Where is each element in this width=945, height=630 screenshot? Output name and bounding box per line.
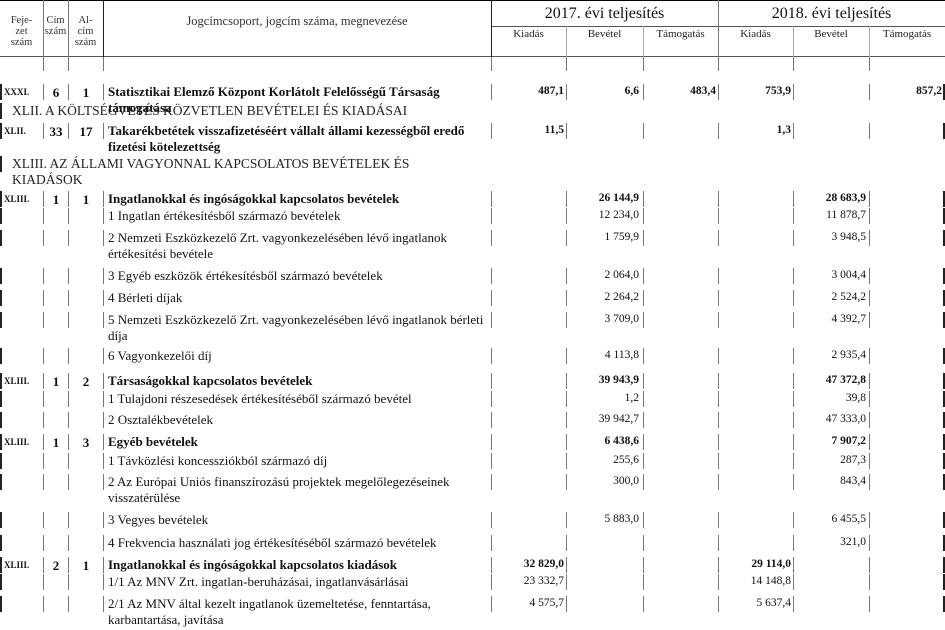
table-header: Feje- zet szám Cím szám Al- cím szám Jog… [0, 0, 945, 57]
cell-border [869, 268, 870, 284]
cell-border [869, 57, 870, 71]
cell-border [43, 208, 44, 224]
item-name: 2/1 Az MNV által kezelt ingatlanok üzeme… [108, 596, 488, 628]
cim-number: 33 [44, 124, 68, 140]
column-divider [43, 0, 44, 57]
cell-border [718, 191, 719, 207]
cell-border [566, 535, 567, 551]
bevetel-2018-value: 39,8 [794, 392, 866, 404]
cell-border [43, 391, 44, 407]
cell-border [68, 230, 69, 246]
cell-border [869, 348, 870, 364]
cell-border [643, 373, 644, 389]
bevetel-2018-value: 6 455,5 [794, 513, 866, 525]
bevetel-2018-value: 28 683,9 [794, 192, 866, 204]
cell-border [68, 512, 69, 528]
bevetel-2017-value: 12 234,0 [567, 209, 639, 221]
cell-border [43, 268, 44, 284]
cell-border [0, 535, 2, 551]
bevetel-2018-value: 11 878,7 [794, 209, 866, 221]
cell-border [103, 191, 104, 207]
bevetel-2018-value: 2 935,4 [794, 349, 866, 361]
header-bevetel-2017: Bevétel [566, 28, 643, 42]
cell-border [68, 535, 69, 551]
cell-border [491, 348, 492, 364]
header-kiadas-2017: Kiadás [491, 28, 566, 42]
cell-border [43, 474, 44, 490]
cell-border [43, 512, 44, 528]
cell-border [718, 512, 719, 528]
section-title: XLIII. AZ ÁLLAMI VAGYONNAL KAPCSOLATOS B… [12, 156, 482, 188]
bevetel-2017-value: 300,0 [567, 475, 639, 487]
bevetel-2018-value: 3 948,5 [794, 231, 866, 243]
item-name: 4 Bérleti díjak [108, 290, 488, 306]
cell-border [643, 512, 644, 528]
table-row: 1 Ingatlan értékesítésből származó bevét… [0, 208, 945, 227]
cell-border [103, 123, 104, 139]
cell-border [718, 434, 719, 450]
item-name: Takarékbetétek visszafizetéséért vállalt… [108, 123, 488, 155]
cell-border [491, 230, 492, 246]
item-name: 2 Az Európai Uniós finanszírozású projek… [108, 474, 488, 506]
item-name: Ingatlanokkal és ingóságokkal kapcsolato… [108, 557, 488, 573]
cell-border [103, 535, 104, 551]
cell-border [869, 474, 870, 490]
cell-border [103, 57, 104, 71]
item-name: 5 Nemzeti Eszközkezelő Zrt. vagyonkezelé… [108, 312, 488, 344]
cell-border [643, 312, 644, 328]
table-row: 2 Az Európai Uniós finanszírozású projek… [0, 474, 945, 508]
alcim-number: 17 [69, 124, 103, 140]
cell-border [718, 391, 719, 407]
bevetel-2018-value: 4 392,7 [794, 313, 866, 325]
cell-border [718, 290, 719, 306]
cell-border [68, 348, 69, 364]
cell-border [491, 453, 492, 469]
cell-border [43, 412, 44, 428]
cell-border [643, 453, 644, 469]
kiadas-2017-value: 23 332,7 [492, 575, 564, 587]
cell-border [793, 123, 794, 139]
item-name: 6 Vagyonkezelői díj [108, 348, 488, 364]
item-name: 2 Nemzeti Eszközkezelő Zrt. vagyonkezelé… [108, 230, 488, 262]
cell-border [103, 84, 104, 100]
cell-border [869, 312, 870, 328]
bevetel-2017-value: 39 942,7 [567, 413, 639, 425]
cell-border [869, 512, 870, 528]
cell-border [0, 191, 2, 207]
item-name: 1 Távközlési koncessziókból származó díj [108, 453, 488, 469]
section-heading-row: XLIII. AZ ÁLLAMI VAGYONNAL KAPCSOLATOS B… [0, 156, 945, 188]
cell-border [643, 412, 644, 428]
item-name: Ingatlanokkal és ingóságokkal kapcsolato… [108, 191, 488, 207]
bevetel-2018-value: 287,3 [794, 454, 866, 466]
cell-border [43, 453, 44, 469]
column-divider [103, 0, 104, 57]
cell-border [43, 57, 44, 71]
header-alcim: Al- cím szám [68, 1, 103, 57]
table-row: XLIII.13Egyéb bevételek6 438,67 907,2 [0, 434, 945, 449]
cell-border [0, 557, 2, 573]
cell-border [869, 123, 870, 139]
cell-border [643, 348, 644, 364]
item-name: 2 Osztalékbevételek [108, 412, 488, 428]
column-divider [643, 26, 644, 57]
cell-border [103, 596, 104, 612]
cell-border [869, 191, 870, 207]
cim-number: 1 [44, 374, 68, 390]
cell-border [68, 391, 69, 407]
cell-border [68, 453, 69, 469]
cell-border [643, 191, 644, 207]
cell-border [643, 474, 644, 490]
cell-border [643, 57, 644, 71]
column-divider [566, 26, 567, 57]
cell-border [43, 348, 44, 364]
column-divider [718, 0, 719, 57]
cell-border [718, 268, 719, 284]
cell-border [491, 391, 492, 407]
bevetel-2017-value: 1 759,9 [567, 231, 639, 243]
cell-border [68, 312, 69, 328]
cell-border [869, 208, 870, 224]
kiadas-2017-value: 32 829,0 [492, 558, 564, 570]
kiadas-2018-value: 5 637,4 [719, 597, 791, 609]
item-name: 3 Egyéb eszközök értékesítésből származó… [108, 268, 488, 284]
cell-border [491, 290, 492, 306]
cim-number: 1 [44, 435, 68, 451]
cell-border [793, 84, 794, 100]
cell-border [643, 574, 644, 590]
table-row: 4 Frekvencia használati jog értékesítésé… [0, 535, 945, 555]
kiadas-2018-value: 29 114,0 [719, 558, 791, 570]
header-tamogatas-2017: Támogatás [643, 28, 718, 42]
item-name: Társaságokkal kapcsolatos bevételek [108, 373, 488, 389]
cell-border [0, 474, 2, 490]
cell-border [643, 230, 644, 246]
cell-border [643, 391, 644, 407]
cell-border [103, 512, 104, 528]
fejezet-number: XXXI. [4, 87, 42, 97]
bevetel-2018-value: 843,4 [794, 475, 866, 487]
cell-border [103, 373, 104, 389]
bevetel-2017-value: 3 709,0 [567, 313, 639, 325]
cell-border [103, 348, 104, 364]
item-name: 1 Tulajdoni részesedések értékesítéséből… [108, 391, 488, 407]
table-row: 2/1 Az MNV által kezelt ingatlanok üzeme… [0, 596, 945, 628]
table-row: 2 Nemzeti Eszközkezelő Zrt. vagyonkezelé… [0, 230, 945, 264]
header-tamogatas-2018: Támogatás [869, 28, 945, 42]
cell-border [68, 474, 69, 490]
cell-border [718, 412, 719, 428]
table-row: XLIII.11Ingatlanokkal és ingóságokkal ka… [0, 191, 945, 206]
cell-border [718, 208, 719, 224]
cell-border [103, 268, 104, 284]
cell-border [43, 535, 44, 551]
cell-border [793, 574, 794, 590]
fejezet-number: XLIII. [4, 194, 42, 204]
bevetel-2017-value: 2 264,2 [567, 291, 639, 303]
fejezet-number: XLII. [4, 126, 42, 136]
cell-border [643, 596, 644, 612]
cell-border [0, 596, 2, 612]
cell-border [869, 290, 870, 306]
cell-border [718, 57, 719, 71]
alcim-number: 2 [69, 374, 103, 390]
cell-border [491, 512, 492, 528]
cell-border [68, 290, 69, 306]
cell-border [0, 290, 2, 306]
cell-border [718, 373, 719, 389]
bevetel-2018-value: 7 907,2 [794, 435, 866, 447]
cell-border [68, 57, 69, 71]
bevetel-2017-value: 39 943,9 [567, 374, 639, 386]
budget-table: Feje- zet szám Cím szám Al- cím szám Jog… [0, 0, 945, 630]
cell-border [869, 453, 870, 469]
table-row: 1 Távközlési koncessziókból származó díj… [0, 453, 945, 472]
alcim-number: 1 [69, 558, 103, 574]
cell-border [103, 208, 104, 224]
column-divider [491, 0, 492, 57]
cell-border [68, 574, 69, 590]
cell-border [0, 512, 2, 528]
table-row: 1/1 Az MNV Zrt. ingatlan-beruházásai, in… [0, 574, 945, 593]
cell-border [0, 391, 2, 407]
cell-border [0, 373, 2, 389]
cell-border [718, 535, 719, 551]
cell-border [0, 123, 2, 139]
cell-border [869, 535, 870, 551]
header-year-2017: 2017. évi teljesítés [491, 1, 718, 27]
item-name: 1 Ingatlan értékesítésből származó bevét… [108, 208, 488, 224]
cell-border [793, 57, 794, 71]
cell-border [0, 574, 2, 590]
bevetel-2017-value: 5 883,0 [567, 513, 639, 525]
bevetel-2017-value: 1,2 [567, 392, 639, 404]
cell-border [491, 191, 492, 207]
fejezet-number: XLIII. [4, 437, 42, 447]
alcim-number: 3 [69, 435, 103, 451]
bevetel-2017-value: 255,6 [567, 454, 639, 466]
cell-border [718, 453, 719, 469]
cell-border [491, 373, 492, 389]
alcim-number: 1 [69, 85, 103, 101]
item-name: Egyéb bevételek [108, 434, 488, 450]
cell-border [43, 230, 44, 246]
cell-border [491, 57, 492, 71]
table-row: 5 Nemzeti Eszközkezelő Zrt. vagyonkezelé… [0, 312, 945, 346]
cell-border [103, 412, 104, 428]
cell-border [0, 230, 2, 246]
cell-border [0, 268, 2, 284]
fejezet-number: XLIII. [4, 560, 42, 570]
cell-border [103, 557, 104, 573]
bevetel-2018-value: 2 524,2 [794, 291, 866, 303]
cell-border [718, 230, 719, 246]
kiadas-2017-value: 11,5 [492, 124, 564, 136]
cell-border [566, 574, 567, 590]
column-divider [793, 26, 794, 57]
cell-border [869, 596, 870, 612]
table-row: 4 Bérleti díjak2 264,22 524,2 [0, 290, 945, 310]
cell-border [68, 596, 69, 612]
cell-border [43, 596, 44, 612]
bevetel-2017-value: 6,6 [567, 85, 639, 97]
cell-border [793, 557, 794, 573]
header-cim: Cím szám [43, 1, 68, 57]
header-fejezet: Feje- zet szám [0, 1, 43, 57]
cell-border [43, 574, 44, 590]
cell-border [491, 434, 492, 450]
cell-border [0, 103, 2, 119]
cell-border [491, 208, 492, 224]
column-divider [869, 26, 870, 57]
cell-border [491, 312, 492, 328]
bevetel-2017-value: 26 144,9 [567, 192, 639, 204]
table-row: 6 Vagyonkezelői díj4 113,82 935,4 [0, 348, 945, 368]
cell-border [643, 268, 644, 284]
cell-border [643, 434, 644, 450]
cell-border [869, 574, 870, 590]
cell-border [643, 557, 644, 573]
item-name: 4 Frekvencia használati jog értékesítésé… [108, 535, 488, 551]
cell-border [566, 557, 567, 573]
bevetel-2018-value: 3 004,4 [794, 269, 866, 281]
bevetel-2018-value: 321,0 [794, 536, 866, 548]
alcim-number: 1 [69, 192, 103, 208]
cell-border [68, 412, 69, 428]
table-row: 2 Osztalékbevételek39 942,747 333,0 [0, 412, 945, 431]
cell-border [718, 312, 719, 328]
cim-number: 2 [44, 558, 68, 574]
item-name: 3 Vegyes bevételek [108, 512, 488, 528]
cell-border [103, 434, 104, 450]
cell-border [0, 434, 2, 450]
cell-border [491, 474, 492, 490]
tamogatas-2017-value: 483,4 [644, 85, 716, 97]
tamogatas-2018-value: 857,2 [870, 85, 942, 97]
cell-border [103, 391, 104, 407]
cell-border [103, 230, 104, 246]
column-divider [68, 0, 69, 57]
cell-border [643, 535, 644, 551]
cell-border [68, 208, 69, 224]
cell-border [491, 535, 492, 551]
cell-border [491, 268, 492, 284]
cell-border [643, 290, 644, 306]
header-name: Jogcímcsoport, jogcím száma, megnevezése [103, 1, 491, 57]
cell-border [0, 84, 2, 100]
cell-border [0, 453, 2, 469]
cell-border [0, 348, 2, 364]
cell-border [718, 474, 719, 490]
cell-border [869, 373, 870, 389]
cell-border [869, 412, 870, 428]
section-title: XLII. A KÖLTSÉGVETÉS KÖZVETLEN BEVÉTELEI… [12, 103, 482, 119]
bevetel-2017-value: 2 064,0 [567, 269, 639, 281]
bevetel-2017-value: 4 113,8 [567, 349, 639, 361]
bevetel-2018-value: 47 333,0 [794, 413, 866, 425]
cell-border [43, 312, 44, 328]
table-row: XLII.3317Takarékbetétek visszafizetéséér… [0, 123, 945, 143]
table-row: 3 Vegyes bevételek5 883,06 455,5 [0, 512, 945, 532]
bevetel-2017-value: 6 438,6 [567, 435, 639, 447]
cell-border [643, 123, 644, 139]
header-bevetel-2018: Bevétel [793, 28, 869, 42]
cell-border [103, 453, 104, 469]
cell-border [566, 57, 567, 71]
fejezet-number: XLIII. [4, 376, 42, 386]
cell-border [718, 348, 719, 364]
cim-number: 1 [44, 192, 68, 208]
kiadas-2018-value: 753,9 [719, 85, 791, 97]
kiadas-2017-value: 4 575,7 [492, 597, 564, 609]
cell-border [0, 208, 2, 224]
header-year-2018: 2018. évi teljesítés [718, 1, 945, 27]
cell-border [0, 412, 2, 428]
cell-border [643, 208, 644, 224]
item-name: 1/1 Az MNV Zrt. ingatlan-beruházásai, in… [108, 574, 488, 590]
kiadas-2018-value: 14 148,8 [719, 575, 791, 587]
cell-border [68, 268, 69, 284]
cell-border [566, 596, 567, 612]
cell-border [869, 230, 870, 246]
cell-border [869, 557, 870, 573]
kiadas-2017-value: 487,1 [492, 85, 564, 97]
cell-border [103, 474, 104, 490]
table-row: XXXI.61Statisztikai Elemző Központ Korlá… [0, 84, 945, 104]
kiadas-2018-value: 1,3 [719, 124, 791, 136]
cim-number: 6 [44, 85, 68, 101]
cell-border [0, 156, 2, 172]
section-heading-row: XLII. A KÖLTSÉGVETÉS KÖZVETLEN BEVÉTELEI… [0, 103, 945, 119]
cell-border [491, 412, 492, 428]
cell-border [869, 434, 870, 450]
cell-border [0, 312, 2, 328]
cell-border [103, 290, 104, 306]
cell-border [793, 596, 794, 612]
cell-border [103, 312, 104, 328]
bevetel-2018-value: 47 372,8 [794, 374, 866, 386]
cell-border [43, 290, 44, 306]
table-row: XLIII.21Ingatlanokkal és ingóságokkal ka… [0, 557, 945, 572]
cell-border [103, 574, 104, 590]
table-row: XLIII.12Társaságokkal kapcsolatos bevéte… [0, 373, 945, 388]
header-kiadas-2018: Kiadás [718, 28, 793, 42]
cell-border [566, 123, 567, 139]
table-row: 3 Egyéb eszközök értékesítésből származó… [0, 268, 945, 288]
cell-border [869, 391, 870, 407]
table-row: 1 Tulajdoni részesedések értékesítéséből… [0, 391, 945, 410]
